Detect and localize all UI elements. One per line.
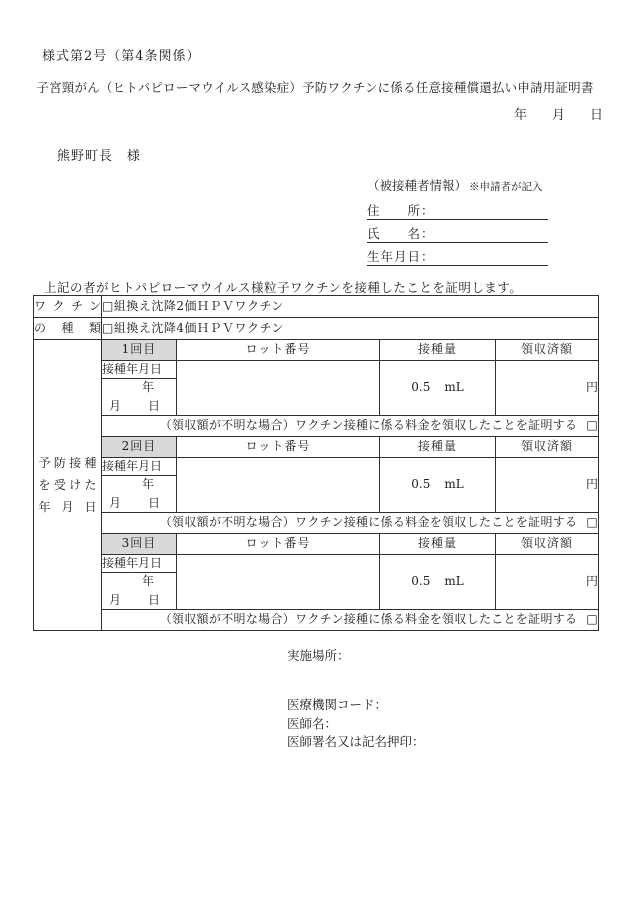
dose2-header-row: 2回目 ロット番号 接種量 領収済額: [34, 437, 599, 458]
dose1-amount-cell: 0.5mL: [380, 361, 496, 416]
dose3-receipt-note: （領収額が不明な場合）ワクチン接種に係る料金を領収したことを証明する: [160, 612, 578, 626]
recipient-info-title: （被接種者情報）: [367, 178, 467, 193]
recipient-info-block: （被接種者情報）※申請者が記入 住 所： 氏 名： 生年月日：: [367, 176, 548, 266]
dose1-amount-header: 接種量: [380, 340, 496, 361]
dose1-note-row: （領収額が不明な場合）ワクチン接種に係る料金を領収したことを証明する□: [34, 416, 599, 437]
dose3-ymd-cell: 年 月 日: [102, 573, 177, 610]
dose3-year-label: 年: [102, 575, 176, 588]
vaccine-option-4valent-label: 組換え沈降4価ＨＰＶワクチン: [114, 321, 284, 335]
dose2-vaccination-date-label: 接種年月日: [102, 458, 177, 476]
vaccine-option-2valent-label: 組換え沈降2価ＨＰＶワクチン: [114, 299, 284, 313]
form-number: 様式第2号（第4条関係）: [42, 45, 201, 64]
doctor-name-label: 医師名：: [287, 715, 425, 734]
vaccination-table: ワクチン □組換え沈降2価ＨＰＶワクチン の種類 □組換え沈降4価ＨＰＶワクチン…: [33, 295, 599, 631]
dose2-date-header-row: 接種年月日 0.5mL 円: [34, 458, 599, 476]
dose3-lot-number-cell: [177, 555, 380, 610]
period-label-line1: 予防接種: [39, 452, 97, 474]
certify-statement: 上記の者がヒトパピローマウイルス様粒子ワクチンを接種したことを証明します。: [44, 278, 522, 296]
period-label-line2: を受けた: [39, 474, 97, 496]
dose3-amount-header: 接種量: [380, 534, 496, 555]
dose1-month-label: 月: [109, 400, 121, 413]
institution-code-label: 医療機関コード：: [287, 696, 425, 715]
dose3-amount-value: 0.5: [411, 574, 430, 588]
birthdate-field: 生年月日：: [367, 243, 548, 266]
name-field-label: 氏 名：: [367, 224, 435, 242]
date-line: 年 月 日: [514, 104, 603, 123]
period-label-cell: 予防接種 を受けた 年月日: [34, 340, 102, 631]
dose3-amount-cell: 0.5mL: [380, 555, 496, 610]
dose1-lot-header: ロット番号: [177, 340, 380, 361]
vaccine-type-row-1: ワクチン □組換え沈降2価ＨＰＶワクチン: [34, 296, 599, 318]
dose2-received-unit: 円: [586, 477, 598, 491]
dose3-round-label: 3回目: [102, 534, 177, 555]
dose1-date-header-row: 接種年月日 0.5mL 円: [34, 361, 599, 379]
dose2-receipt-note: （領収額が不明な場合）ワクチン接種に係る料金を領収したことを証明する: [160, 515, 578, 529]
dose2-receipt-checkbox-icon: □: [586, 515, 598, 529]
dose2-amount-cell: 0.5mL: [380, 458, 496, 513]
address-field: 住 所：: [367, 197, 548, 220]
dose2-amount-header: 接種量: [380, 437, 496, 458]
dose1-receipt-checkbox-icon: □: [586, 418, 598, 432]
address-field-label: 住 所：: [367, 201, 435, 219]
addressee: 熊野町長 様: [57, 145, 141, 164]
document-title: 子宮頸がん（ヒトパピローマウイルス感染症）予防ワクチンに係る任意接種償還払い申請…: [0, 78, 630, 96]
dose2-receipt-note-cell: （領収額が不明な場合）ワクチン接種に係る料金を領収したことを証明する□: [102, 513, 599, 534]
vaccine-type-label-line2: の種類: [34, 318, 102, 340]
recipient-info-header: （被接種者情報）※申請者が記入: [367, 176, 548, 197]
dose1-received-header: 領収済額: [496, 340, 599, 361]
dose1-received-cell: 円: [496, 361, 599, 416]
dose1-vaccination-date-label: 接種年月日: [102, 361, 177, 379]
dose2-day-label: 日: [148, 497, 160, 510]
dose2-round-label: 2回目: [102, 437, 177, 458]
day-label: 日: [590, 104, 603, 123]
dose3-receipt-checkbox-icon: □: [586, 612, 598, 626]
dose3-amount-unit: mL: [444, 574, 463, 588]
dose2-note-row: （領収額が不明な場合）ワクチン接種に係る料金を領収したことを証明する□: [34, 513, 599, 534]
dose3-received-cell: 円: [496, 555, 599, 610]
dose3-received-header: 領収済額: [496, 534, 599, 555]
dose1-amount-value: 0.5: [411, 380, 430, 394]
checkbox-icon: □: [102, 299, 114, 313]
dose2-amount-unit: mL: [444, 477, 463, 491]
birthdate-field-label: 生年月日：: [367, 247, 435, 265]
dose2-ymd-cell: 年 月 日: [102, 476, 177, 513]
dose3-month-label: 月: [109, 594, 121, 607]
dose1-received-unit: 円: [586, 380, 598, 394]
dose1-receipt-note: （領収額が不明な場合）ワクチン接種に係る料金を領収したことを証明する: [160, 418, 578, 432]
vaccine-type-row-2: の種類 □組換え沈降4価ＨＰＶワクチン: [34, 318, 599, 340]
dose3-received-unit: 円: [586, 574, 598, 588]
dose3-date-header-row: 接種年月日 0.5mL 円: [34, 555, 599, 573]
dose3-note-row: （領収額が不明な場合）ワクチン接種に係る料金を領収したことを証明する□: [34, 610, 599, 631]
recipient-note: ※申請者が記入: [469, 181, 543, 193]
name-field: 氏 名：: [367, 220, 548, 243]
dose1-year-label: 年: [102, 381, 176, 394]
dose1-round-label: 1回目: [102, 340, 177, 361]
dose1-day-label: 日: [148, 400, 160, 413]
vaccine-option-4valent: □組換え沈降4価ＨＰＶワクチン: [102, 318, 599, 340]
institution-block: 医療機関コード： 医師名： 医師署名又は記名押印：: [287, 696, 425, 752]
dose2-month-label: 月: [109, 497, 121, 510]
year-label: 年: [514, 104, 527, 123]
month-label: 月: [552, 104, 565, 123]
dose1-receipt-note-cell: （領収額が不明な場合）ワクチン接種に係る料金を領収したことを証明する□: [102, 416, 599, 437]
document-page: 様式第2号（第4条関係） 子宮頸がん（ヒトパピローマウイルス感染症）予防ワクチン…: [0, 0, 630, 903]
dose3-header-row: 3回目 ロット番号 接種量 領収済額: [34, 534, 599, 555]
dose2-lot-number-cell: [177, 458, 380, 513]
place-label: 実施場所：: [287, 646, 350, 664]
dose3-day-label: 日: [148, 594, 160, 607]
dose3-lot-header: ロット番号: [177, 534, 380, 555]
vaccine-option-2valent: □組換え沈降2価ＨＰＶワクチン: [102, 296, 599, 318]
checkbox-icon: □: [102, 321, 114, 335]
signature-label: 医師署名又は記名押印：: [287, 733, 425, 752]
dose1-amount-unit: mL: [444, 380, 463, 394]
dose3-vaccination-date-label: 接種年月日: [102, 555, 177, 573]
dose1-header-row: 予防接種 を受けた 年月日 1回目 ロット番号 接種量 領収済額: [34, 340, 599, 361]
dose2-received-header: 領収済額: [496, 437, 599, 458]
dose3-receipt-note-cell: （領収額が不明な場合）ワクチン接種に係る料金を領収したことを証明する□: [102, 610, 599, 631]
dose2-year-label: 年: [102, 478, 176, 491]
dose2-amount-value: 0.5: [411, 477, 430, 491]
dose1-ymd-cell: 年 月 日: [102, 379, 177, 416]
dose2-lot-header: ロット番号: [177, 437, 380, 458]
period-label-line3: 年月日: [39, 496, 97, 518]
dose1-lot-number-cell: [177, 361, 380, 416]
dose2-received-cell: 円: [496, 458, 599, 513]
vaccine-type-label-line1: ワクチン: [34, 296, 102, 318]
